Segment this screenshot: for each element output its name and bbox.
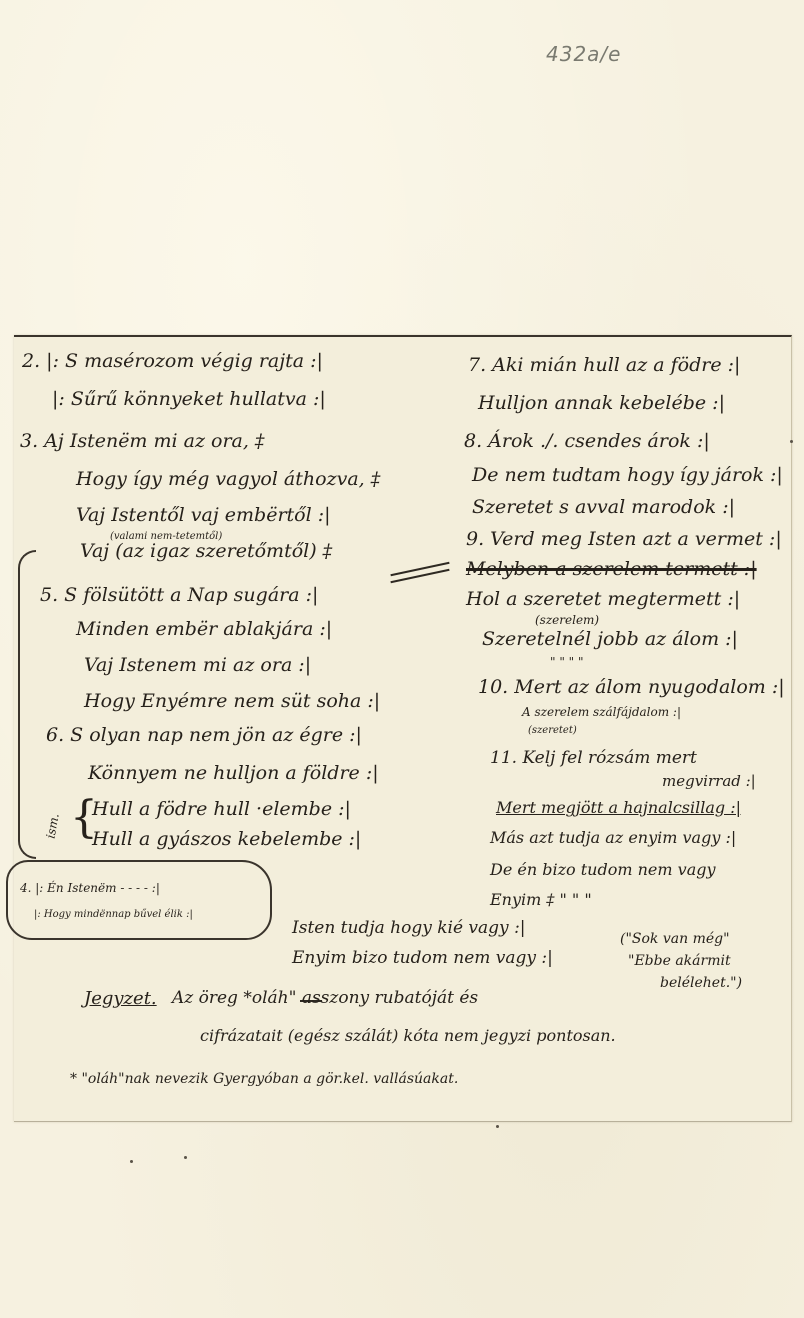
verse7-line1: 7. Aki mián hull az a födre :| [468,356,740,375]
verse9-struck-line: Melyben a szerelem termett :| [466,560,757,579]
ditto-marks: " " " " [550,656,584,668]
verse3-line3: Vaj Istentől vaj embërtől :| [76,506,331,525]
verse9-line4: Szeretelnél jobb az álom :| [482,630,738,649]
side-note-line3: belélehet.") [660,976,742,990]
notes-label: Jegyzet. [84,990,157,1008]
verse11-line1-cont: megvirrad :| [662,774,756,789]
verse11-line1: 11. Kelj fel rózsám mert [490,750,697,767]
side-note-line1: ("Sok van még" [620,932,730,946]
verse11-line5: Enyim ‡ " " " [490,892,592,908]
paper-speck [184,1156,187,1159]
verse4-box [6,860,272,940]
verse7-line2: Hulljon annak kebelébe :| [478,394,725,413]
verse5-line1: 5. S fölsütött a Nap sugára :| [40,586,318,605]
verse8-line1: 8. Árok ./. csendes árok :| [464,432,710,451]
paper-speck [496,1125,499,1128]
verse10-note: (szeretet) [528,726,577,736]
footnote: * "oláh"nak nevezik Gyergyóban a gör.kel… [70,1072,458,1086]
insertion-bracket [18,550,36,859]
verse5-line4: Hogy Enyémre nem süt soha :| [84,692,380,711]
notes-line1: Az öreg *oláh" asszony rubatóját és [172,990,478,1007]
paper-speck [130,1160,133,1163]
verse4-line2: |: Hogy mindënnap bűvel élik :| [34,910,193,920]
closing-line1: Isten tudja hogy kié vagy :| [292,920,526,937]
manuscript-page: 432a/e 2. |: S masérozom végig rajta :| … [0,0,804,1318]
verse11-line2: Mert megjött a hajnalcsillag :| [496,800,741,816]
verse2-line1: 2. |: S masérozom végig rajta :| [22,352,323,371]
verse9-line1: 9. Verd meg Isten azt a vermet :| [466,530,782,549]
verse6-line1: 6. S olyan nap nem jön az égre :| [46,726,362,745]
verse6-line2: Könnyem ne hulljon a földre :| [88,764,379,783]
verse9-line3: Hol a szeretet megtermett :| [466,590,740,609]
verse2-line2: |: Sűrű könnyeket hullatva :| [52,390,326,409]
side-note-line2: "Ebbe akármit [628,954,731,968]
archive-number: 432a/e [546,42,621,66]
verse3-line4: Vaj (az igaz szeretőmtől) ‡ [80,542,332,561]
verse5-line2: Minden embër ablakjára :| [76,620,332,639]
verse3-line1: 3. Aj Istenëm mi az ora, ‡ [20,432,264,451]
verse4-line1: 4. |: Én Istenëm - - - - :| [20,882,160,894]
verse6-line4: Hull a gyászos kebelembe :| [92,830,361,849]
verse5-line3: Vaj Istenem mi az ora :| [84,656,311,675]
verse3-line2: Hogy így még vagyol áthozva, ‡ [76,470,380,489]
verse10-line1: 10. Mert az álom nyugodalom :| [478,678,785,697]
closing-line2: Enyim bizo tudom nem vagy :| [292,950,553,967]
verse6-line3: Hull a födre hull ·elembe :| [92,800,351,819]
verse8-line3: Szeretet s avval marodok :| [472,498,735,517]
verse9-note: (szerelem) [535,614,599,626]
paper-speck [790,440,793,443]
verse11-line3: Más azt tudja az enyim vagy :| [490,830,736,846]
verse10-line2: A szerelem szálfájdalom :| [522,706,681,718]
verse11-line4: De én bizo tudom nem vagy [490,862,716,878]
verse8-line2: De nem tudtam hogy így járok :| [472,466,783,485]
notes-line2: cifrázatait (egész szálát) kóta nem jegy… [200,1028,616,1044]
